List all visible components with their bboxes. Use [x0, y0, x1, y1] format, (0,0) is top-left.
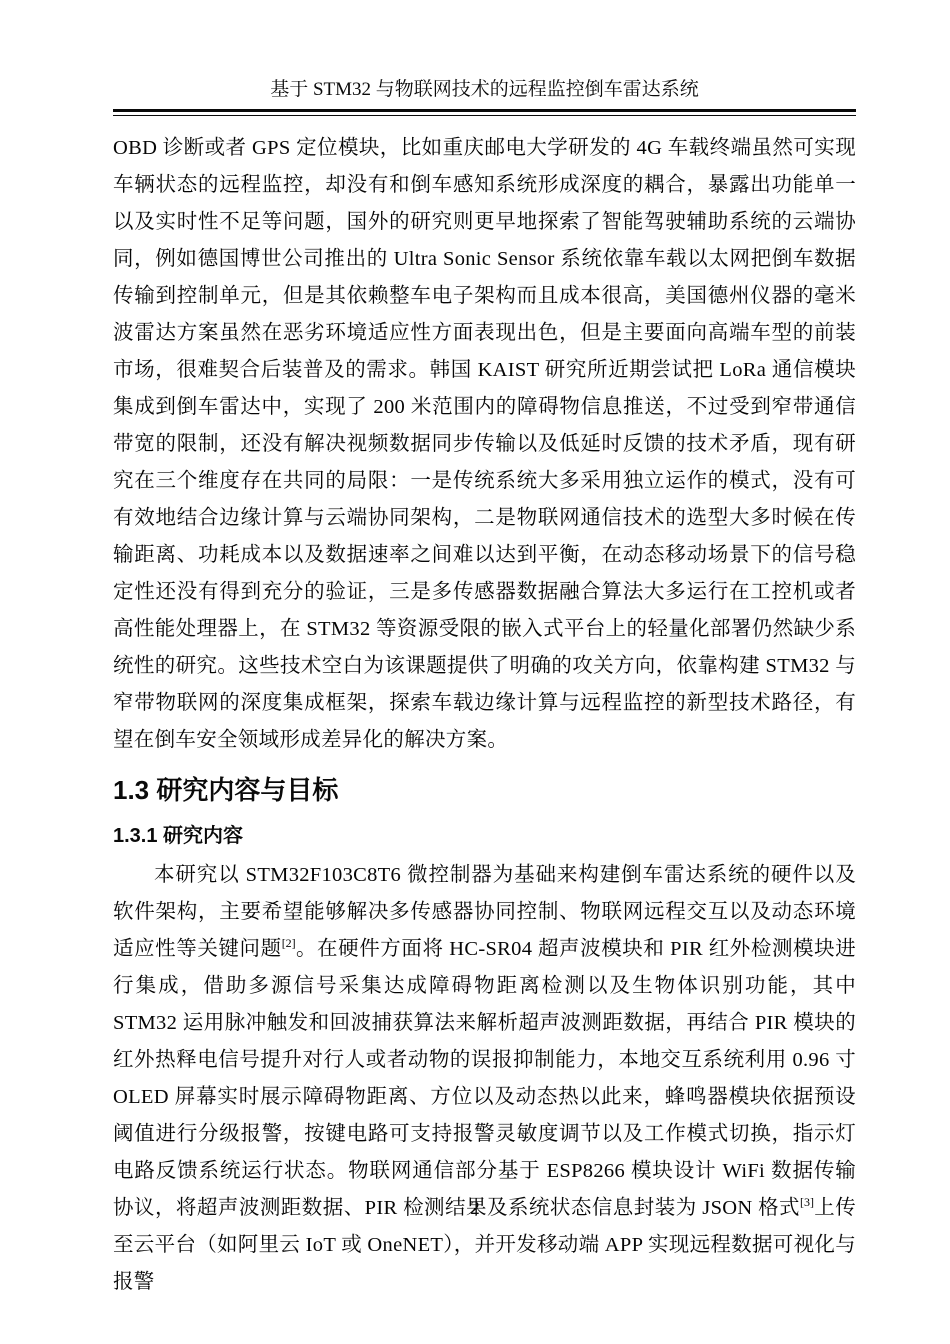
page-footer: 2	[0, 1198, 950, 1220]
header-double-rule	[113, 109, 856, 116]
running-head-title: 基于 STM32 与物联网技术的远程监控倒车雷达系统	[113, 78, 856, 102]
section-heading: 1.3 研究内容与目标	[113, 773, 856, 807]
paragraph-intro-continuation: OBD 诊断或者 GPS 定位模块，比如重庆邮电大学研发的 4G 车载终端虽然可…	[113, 130, 856, 759]
page-body: OBD 诊断或者 GPS 定位模块，比如重庆邮电大学研发的 4G 车载终端虽然可…	[0, 116, 950, 1301]
paragraph-research-content: 本研究以 STM32F103C8T6 微控制器为基础来构建倒车雷达系统的硬件以及…	[113, 857, 856, 1301]
paragraph-text-segment: 。在硬件方面将 HC-SR04 超声波模块和 PIR 红外检测模块进行集成，借助…	[113, 938, 856, 1219]
citation-superscript: [2]	[282, 936, 296, 950]
page-number: 2	[470, 1198, 480, 1219]
page-header: 基于 STM32 与物联网技术的远程监控倒车雷达系统	[0, 0, 950, 116]
subsection-heading: 1.3.1 研究内容	[113, 823, 856, 849]
document-page: 基于 STM32 与物联网技术的远程监控倒车雷达系统 OBD 诊断或者 GPS …	[0, 0, 950, 1344]
